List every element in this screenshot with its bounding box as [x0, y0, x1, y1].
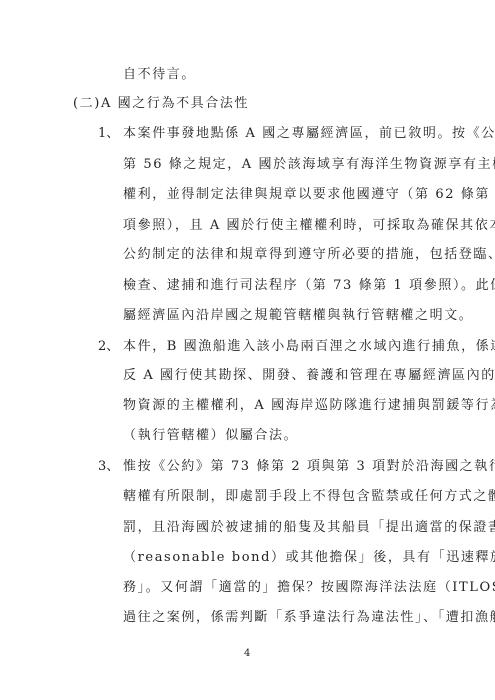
paragraph-line: 權利，並得制定法律與規章以要求他國遵守（第 62 條第 4: [123, 187, 495, 203]
paragraph-line: 第 56 條之規定，A 國於該海域享有海洋生物資源享有主權: [123, 157, 495, 173]
paragraph-line: 轄權有所限制，即處罰手段上不得包含監禁或任何方式之體: [123, 489, 495, 505]
paragraph-line: 本案件事發地點係 A 國之專屬經濟區，前已敘明。按《公約》: [123, 126, 495, 142]
list-number: 1、: [98, 126, 119, 142]
section-heading: (二)A 國之行為不具合法性: [73, 96, 249, 112]
list-number: 2、: [98, 339, 119, 355]
paragraph-line: 罰，且沿海國於被逮捕的船隻及其船員「提出適當的保證書: [123, 520, 495, 536]
page-number: 4: [244, 648, 250, 660]
paragraph-line: 本件，B 國漁船進入該小島兩百浬之水域內進行捕魚，係違: [123, 339, 495, 355]
paragraph-line: 自不待言。: [123, 67, 196, 83]
paragraph-line: 屬經濟區內沿岸國之規範管轄權與執行管轄權之明文。: [123, 308, 473, 324]
paragraph-line: 惟按《公約》第 73 條第 2 項與第 3 項對於沿海國之執行管: [123, 459, 495, 475]
paragraph-line: 檢查、逮捕和進行司法程序（第 73 條第 1 項參照）。此係專: [123, 278, 495, 294]
list-number: 3、: [98, 459, 119, 475]
paragraph-line: 過往之案例，係需判斷「系爭違法行為違法性」、「遭扣漁船: [123, 610, 495, 626]
paragraph-line: 項參照），且 A 國於行使主權權利時，可採取為確保其依本: [123, 218, 495, 234]
document-page: 自不待言。 (二)A 國之行為不具合法性 1、 本案件事發地點係 A 國之專屬經…: [0, 0, 495, 700]
paragraph-line: 物資源的主權權利，A 國海岸巡防隊進行逮捕與罰鍰等行為: [123, 398, 495, 414]
paragraph-line: 公約制定的法律和規章得到遵守所必要的措施，包括登臨、: [123, 247, 495, 263]
paragraph-line: （reasonable bond）或其他擔保」後，具有「迅速釋放義: [123, 550, 495, 566]
paragraph-line: （執行管轄權）似屬合法。: [123, 428, 298, 444]
paragraph-line: 務」。又何謂「適當的」擔保？按國際海洋法法庭（ITLOS）: [123, 580, 495, 596]
paragraph-line: 反 A 國行使其勘探、開發、養護和管理在專屬經濟區內的生: [123, 368, 495, 384]
